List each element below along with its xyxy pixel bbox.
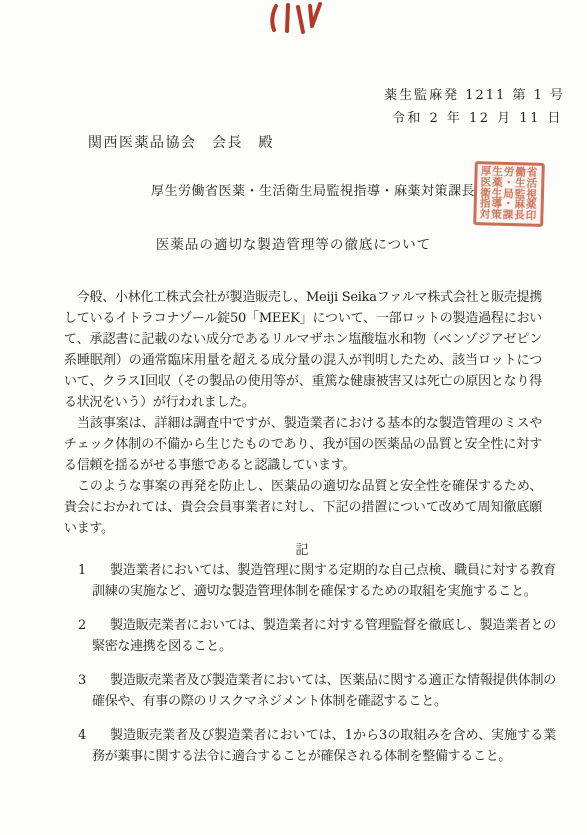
red-stroke-3 — [298, 7, 303, 32]
doc-number: 薬生監麻発 1211 第 1 号 — [384, 84, 565, 103]
list-item: 1 製造業者においては、製造管理に関する定期的な自己点検、職員に対する教育訓練の… — [78, 560, 556, 602]
red-stroke-4 — [310, 4, 320, 26]
document-title: 医薬品の適切な製造管理等の徹底について — [0, 233, 587, 253]
document-body: 今般、小林化工株式会社が製造販売し、Meiji Seikaファルマ株式会社と販売… — [64, 287, 542, 561]
red-stroke-1 — [272, 6, 276, 30]
red-ink-marks — [260, 0, 330, 40]
list-item: 3 製造販売業者及び製造業者においては、医薬品に関する適正な情報提供体制の確保や… — [78, 670, 556, 712]
item-number: 2 — [78, 615, 86, 636]
addressee-line: 関西医薬品協会 会長 殿 — [88, 132, 274, 152]
body-paragraph-2: 当該事案は、詳細は調査中ですが、製造業者における基本的な製造管理のミスやチェック… — [64, 413, 542, 476]
item-number: 3 — [78, 670, 86, 691]
list-item: 2 製造販売業者においては、製造業者に対する管理監督を徹底し、製造業者との緊密な… — [78, 615, 556, 657]
sender-title: 厚生労働省医薬・生活衛生局監視指導・麻薬対策課長 — [151, 180, 475, 199]
item-number: 4 — [78, 725, 86, 746]
official-seal-stamp: 厚生労働省 医薬・生活 衛生局監視 指導・麻薬 対策課長印 — [473, 161, 545, 227]
seal-text-row: 対策課長印 — [477, 209, 539, 221]
document-page: 薬生監麻発 1211 第 1 号 令和 2 年 12 月 11 日 関西医薬品協… — [0, 0, 587, 835]
measure-list: 1 製造業者においては、製造管理に関する定期的な自己点検、職員に対する教育訓練の… — [78, 560, 556, 780]
red-stroke-2 — [287, 5, 288, 31]
item-text: 製造販売業者においては、製造業者に対する管理監督を徹底し、製造業者との緊密な連携… — [92, 618, 556, 654]
ki-marker: 記 — [64, 540, 542, 561]
item-number: 1 — [78, 560, 86, 581]
body-paragraph-1: 今般、小林化工株式会社が製造販売し、Meiji Seikaファルマ株式会社と販売… — [64, 287, 542, 413]
item-text: 製造販売業者及び製造業者においては、医薬品に関する適正な情報提供体制の確保や、有… — [92, 673, 556, 709]
item-text: 製造業者においては、製造管理に関する定期的な自己点検、職員に対する教育訓練の実施… — [92, 563, 556, 599]
doc-date: 令和 2 年 12 月 11 日 — [392, 107, 563, 126]
list-item: 4 製造販売業者及び製造業者においては、1から3の取組みを含め、実施する業務が薬… — [78, 725, 556, 767]
item-text: 製造販売業者及び製造業者においては、1から3の取組みを含め、実施する業務が薬事に… — [92, 728, 556, 764]
body-paragraph-3: このような事案の再発を防止し、医薬品の適切な品質と安全性を確保するため、貴会にお… — [64, 476, 542, 539]
